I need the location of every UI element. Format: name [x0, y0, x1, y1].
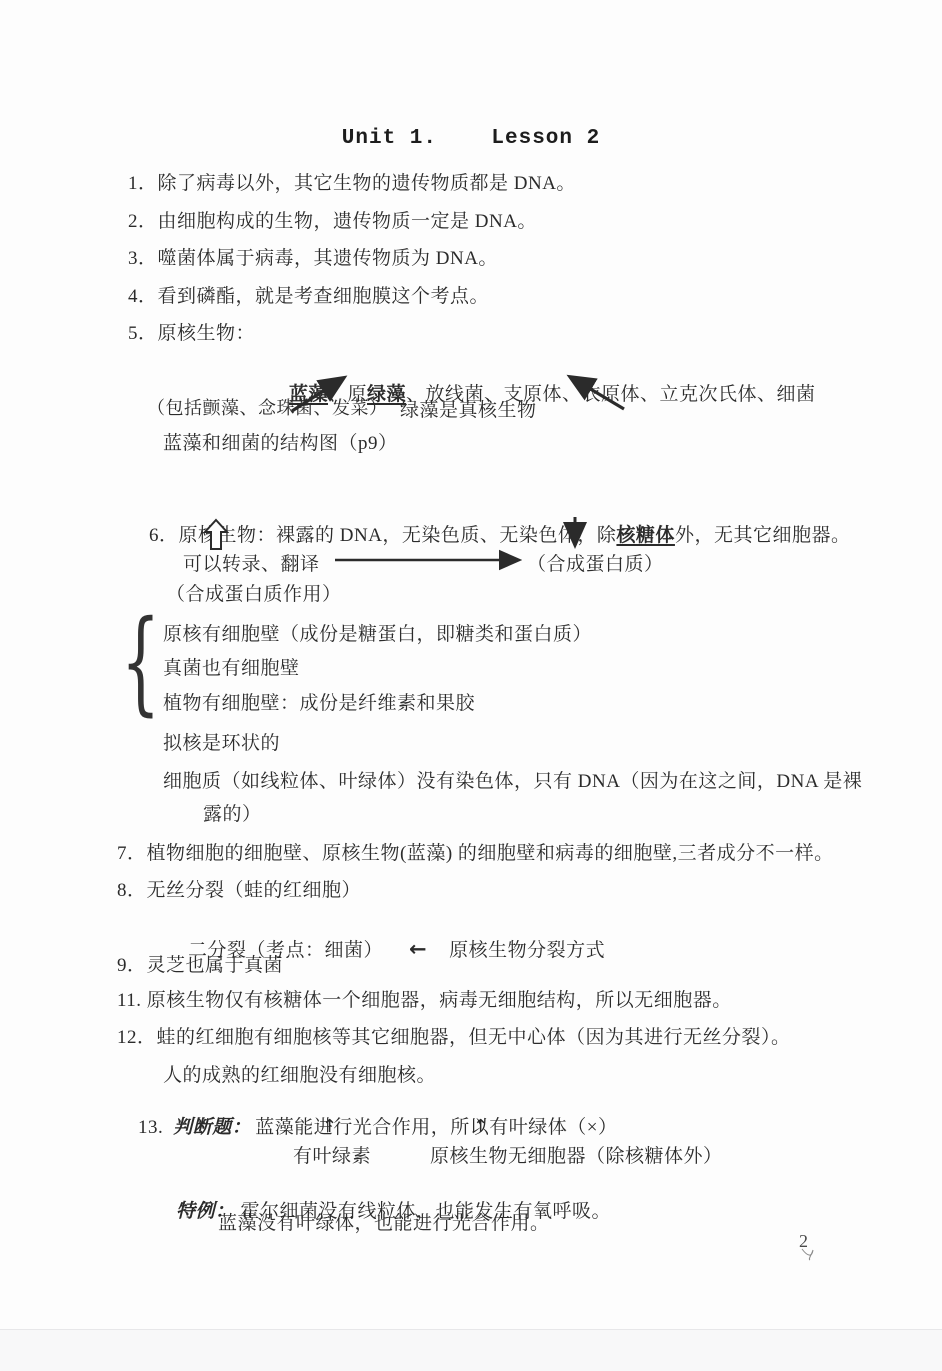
hollow-up-arrow	[203, 519, 229, 551]
special-case-line2: 蓝藻没有叶绿体，也能进行光合作用。	[218, 1208, 550, 1235]
note-line-2: 2．由细胞构成的生物，遗传物质一定是 DNA。	[128, 206, 537, 233]
structure-figure-ref: 蓝藻和细菌的结构图（p9）	[163, 428, 398, 455]
brace-line-3: 植物有细胞壁：成份是纤维素和果胶	[163, 688, 475, 715]
transcribe-translate-label: 可以转录、翻译	[183, 549, 320, 576]
judgement-text: 蓝藻能进行光合作用，所以有叶绿体（×）	[251, 1117, 617, 1138]
up-arrow-icon: ↑	[473, 1118, 488, 1136]
mature-rbc-note: 人的成熟的红细胞没有细胞核。	[163, 1060, 436, 1087]
brace-line-1: 原核有细胞壁（成份是糖蛋白，即糖类和蛋白质）	[163, 619, 592, 646]
chlorophyll-note: 有叶绿素	[293, 1141, 371, 1168]
note-line-7: 7．植物细胞的细胞壁、原核生物(蓝藻) 的细胞壁和病毒的细胞壁,三者成分不一样。	[117, 838, 834, 865]
nucleoid-note: 拟核是环状的	[163, 728, 280, 755]
long-right-arrow	[333, 552, 529, 568]
prokaryote-division-label: 原核生物分裂方式	[449, 940, 605, 961]
no-organelle-note: 原核生物无细胞器（除核糖体外）	[430, 1141, 723, 1168]
note-line-9: 9．灵芝也属于真菌	[117, 950, 283, 977]
cyanobacteria-examples-note: （包括颤藻、念珠菌、发菜）	[147, 394, 388, 420]
note-line-1: 1．除了病毒以外，其它生物的遗传物质都是 DNA。	[128, 168, 576, 195]
judgement-colon: ：	[232, 1117, 252, 1138]
left-arrow-icon: ←	[383, 937, 449, 961]
page-title: Unit 1. Lesson 2	[0, 127, 942, 150]
i13-number: 13.	[138, 1117, 163, 1138]
note-line-5: 5．原核生物：	[128, 318, 255, 345]
protein-role-label: （合成蛋白质作用）	[166, 579, 342, 606]
note-line-3: 3．噬菌体属于病毒，其遗传物质为 DNA。	[128, 243, 498, 270]
diagonal-up-left-arrow	[560, 372, 630, 414]
cytoplasm-note-line2: 露的）	[203, 799, 262, 826]
cytoplasm-note-line1: 细胞质（如线粒体、叶绿体）没有染色体，只有 DNA（因为在这之间，DNA 是裸	[163, 766, 862, 793]
down-arrow	[566, 515, 584, 551]
pen-mark	[800, 1247, 816, 1261]
term-ribosome: 核糖体	[616, 525, 675, 546]
synthesize-protein-label: （合成蛋白质）	[527, 549, 664, 576]
i6-post: 外，无其它细胞器。	[675, 525, 851, 546]
special-case-label: 特例	[176, 1201, 215, 1222]
note-line-12: 12．蛙的红细胞有细胞核等其它细胞器，但无中心体（因为其进行无丝分裂）。	[117, 1022, 791, 1049]
left-curly-brace: {	[121, 606, 160, 718]
green-algae-note: 绿藻是真核生物	[400, 395, 537, 422]
note-line-4: 4．看到磷酯，就是考查细胞膜这个考点。	[128, 281, 489, 308]
document-page: Unit 1. Lesson 2 1．除了病毒以外，其它生物的遗传物质都是 DN…	[0, 0, 942, 1371]
brace-line-2: 真菌也有细胞壁	[163, 653, 300, 680]
up-arrow-icon: ↑	[322, 1118, 337, 1136]
note-line-11: 11. 原核生物仅有核糖体一个细胞器，病毒无细胞结构，所以无细胞器。	[117, 985, 732, 1012]
below-page-area	[0, 1330, 942, 1371]
note-line-8: 8．无丝分裂（蛙的红细胞）	[117, 875, 361, 902]
judgement-label: 判断题	[163, 1117, 232, 1138]
